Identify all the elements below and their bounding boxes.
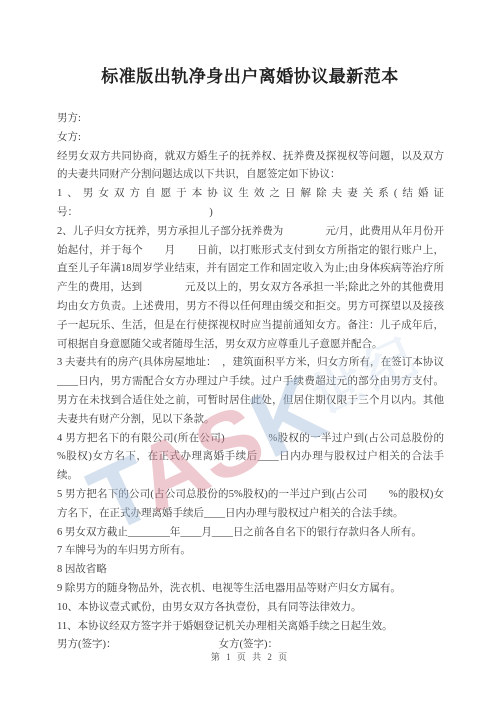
clause-2: 2、儿子归女方抚养，男方承担儿子部分抚养费为 元/月，此费用从年月份开始起付，并… [57,223,444,355]
intro-paragraph: 经男女双方共同协商，就双方婚生子的抚养权、抚养费及探视权等问题，以及双方的夫妻共… [57,148,444,186]
clause-4: 4 男方把名下的有限公司(所在公司) %股权的一半过户到(占公司总股份的 %股权… [57,430,444,486]
party-female-label: 女方: [57,129,444,148]
document-page: 标准版出轨净身出户离婚协议最新范本 男方: 女方: 经男女双方共同协商，就双方婚… [0,0,500,706]
clause-1: 1、男女双方自愿于本协议生效之日解除夫妻关系(结婚证号： ) [57,185,444,223]
document-title: 标准版出轨净身出户离婚协议最新范本 [0,62,500,87]
clause-5: 5 男方把名下的公司(占公司总股份的5%股权)的一半过户到(占公司 %的股权)女… [57,486,444,524]
clause-10: 10、本协议壹式贰份，由男女双方各执壹份，具有同等法律效力。 [57,599,444,618]
party-male-label: 男方: [57,110,444,129]
clause-7: 7 车牌号为的车归男方所有。 [57,542,444,561]
clause-8: 8 因故省略 [57,561,444,580]
page-number-footer: 第 1 页 共 2 页 [0,650,500,663]
clause-11: 11、本协议经双方签字并于婚姻登记机关办理相关离婚手续之日起生效。 [57,618,444,637]
document-body: 男方: 女方: 经男女双方共同协商，就双方婚生子的抚养权、抚养费及探视权等问题，… [57,110,444,655]
clause-6: 6 男女双方截止________年____月____日之前各自名下的银行存款归各… [57,524,444,543]
clause-9: 9 除男方的随身物品外，洗衣机、电视等生活电器用品等财产归女方属有。 [57,580,444,599]
clause-3: 3 夫妻共有的房产(具体房屋地址： ，建筑面积平方米，归女方所有，在签订本协议_… [57,354,444,429]
